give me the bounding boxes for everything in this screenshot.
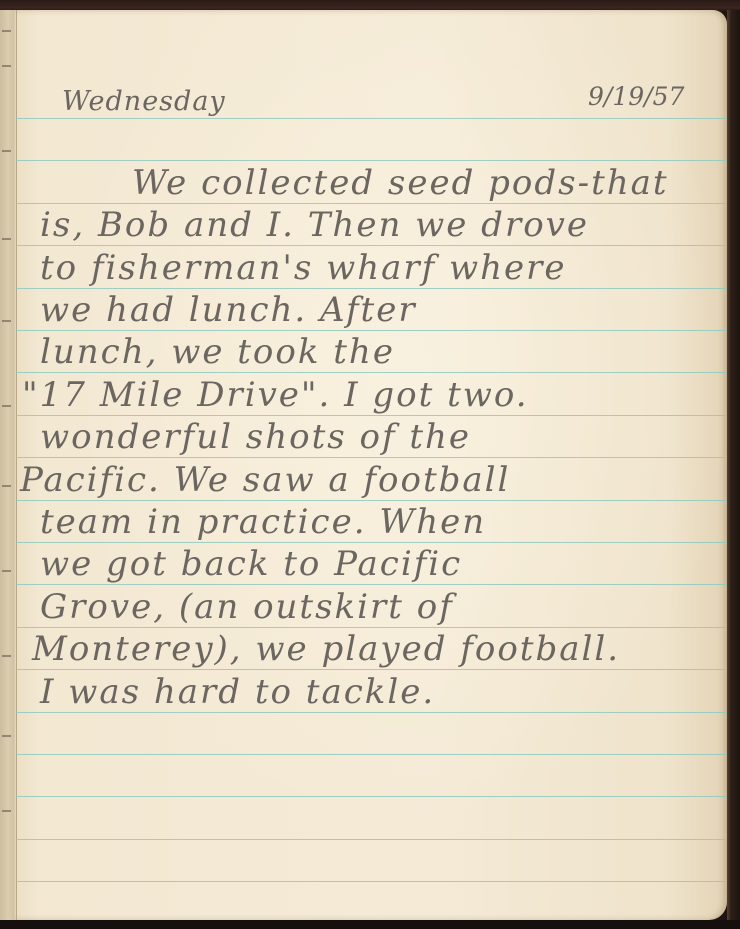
rule-line — [16, 500, 736, 501]
rule-line — [16, 457, 736, 458]
rule-line — [16, 372, 736, 373]
rule-line — [16, 542, 736, 543]
rule-line — [16, 712, 736, 713]
text-line: Pacific. We saw a football — [20, 460, 510, 500]
rule-line — [16, 160, 736, 161]
binding-stitch — [2, 810, 11, 812]
text-line: Monterey), we played football. — [32, 629, 620, 669]
binding-stitch — [2, 238, 11, 240]
text-line: lunch, we took the — [40, 332, 395, 372]
rule-line — [16, 330, 736, 331]
rule-line — [16, 288, 736, 289]
rule-line — [16, 839, 736, 840]
binding-stitch — [2, 65, 11, 67]
page-binding — [0, 10, 17, 920]
text-line: "17 Mile Drive". I got two. — [22, 375, 529, 415]
text-line: wonderful shots of the — [40, 417, 471, 457]
text-line: I was hard to tackle. — [40, 672, 435, 712]
binding-stitch — [2, 655, 11, 657]
text-line: is, Bob and I. Then we drove — [40, 205, 589, 245]
rule-line — [16, 796, 736, 797]
rule-line — [16, 881, 736, 882]
text-line: We collected seed pods-that — [132, 163, 669, 203]
rule-line — [16, 203, 736, 204]
text-line: Grove, (an outskirt of — [40, 587, 454, 627]
binding-stitch — [2, 735, 11, 737]
rule-line — [16, 627, 736, 628]
text-line: we had lunch. After — [40, 290, 417, 330]
rule-line — [16, 754, 736, 755]
scanned-notebook: Wednesday 9/19/57 We collected seed pods… — [0, 0, 740, 929]
binding-stitch — [2, 485, 11, 487]
text-line: team in practice. When — [40, 502, 486, 542]
binding-stitch — [2, 30, 11, 32]
heading-date: 9/19/57 — [588, 82, 684, 111]
rule-line — [16, 118, 736, 119]
text-line: we got back to Pacific — [40, 544, 462, 584]
binding-stitch — [2, 320, 11, 322]
binding-stitch — [2, 150, 11, 152]
page-edge-bottom — [0, 920, 740, 929]
page-edge-right — [727, 10, 740, 920]
binding-stitch — [2, 405, 11, 407]
heading-day: Wednesday — [62, 86, 226, 117]
text-line: to fisherman's wharf where — [40, 248, 567, 288]
rule-line — [16, 245, 736, 246]
rule-line — [16, 584, 736, 585]
binding-stitch — [2, 570, 11, 572]
rule-line — [16, 669, 736, 670]
rule-line — [16, 415, 736, 416]
